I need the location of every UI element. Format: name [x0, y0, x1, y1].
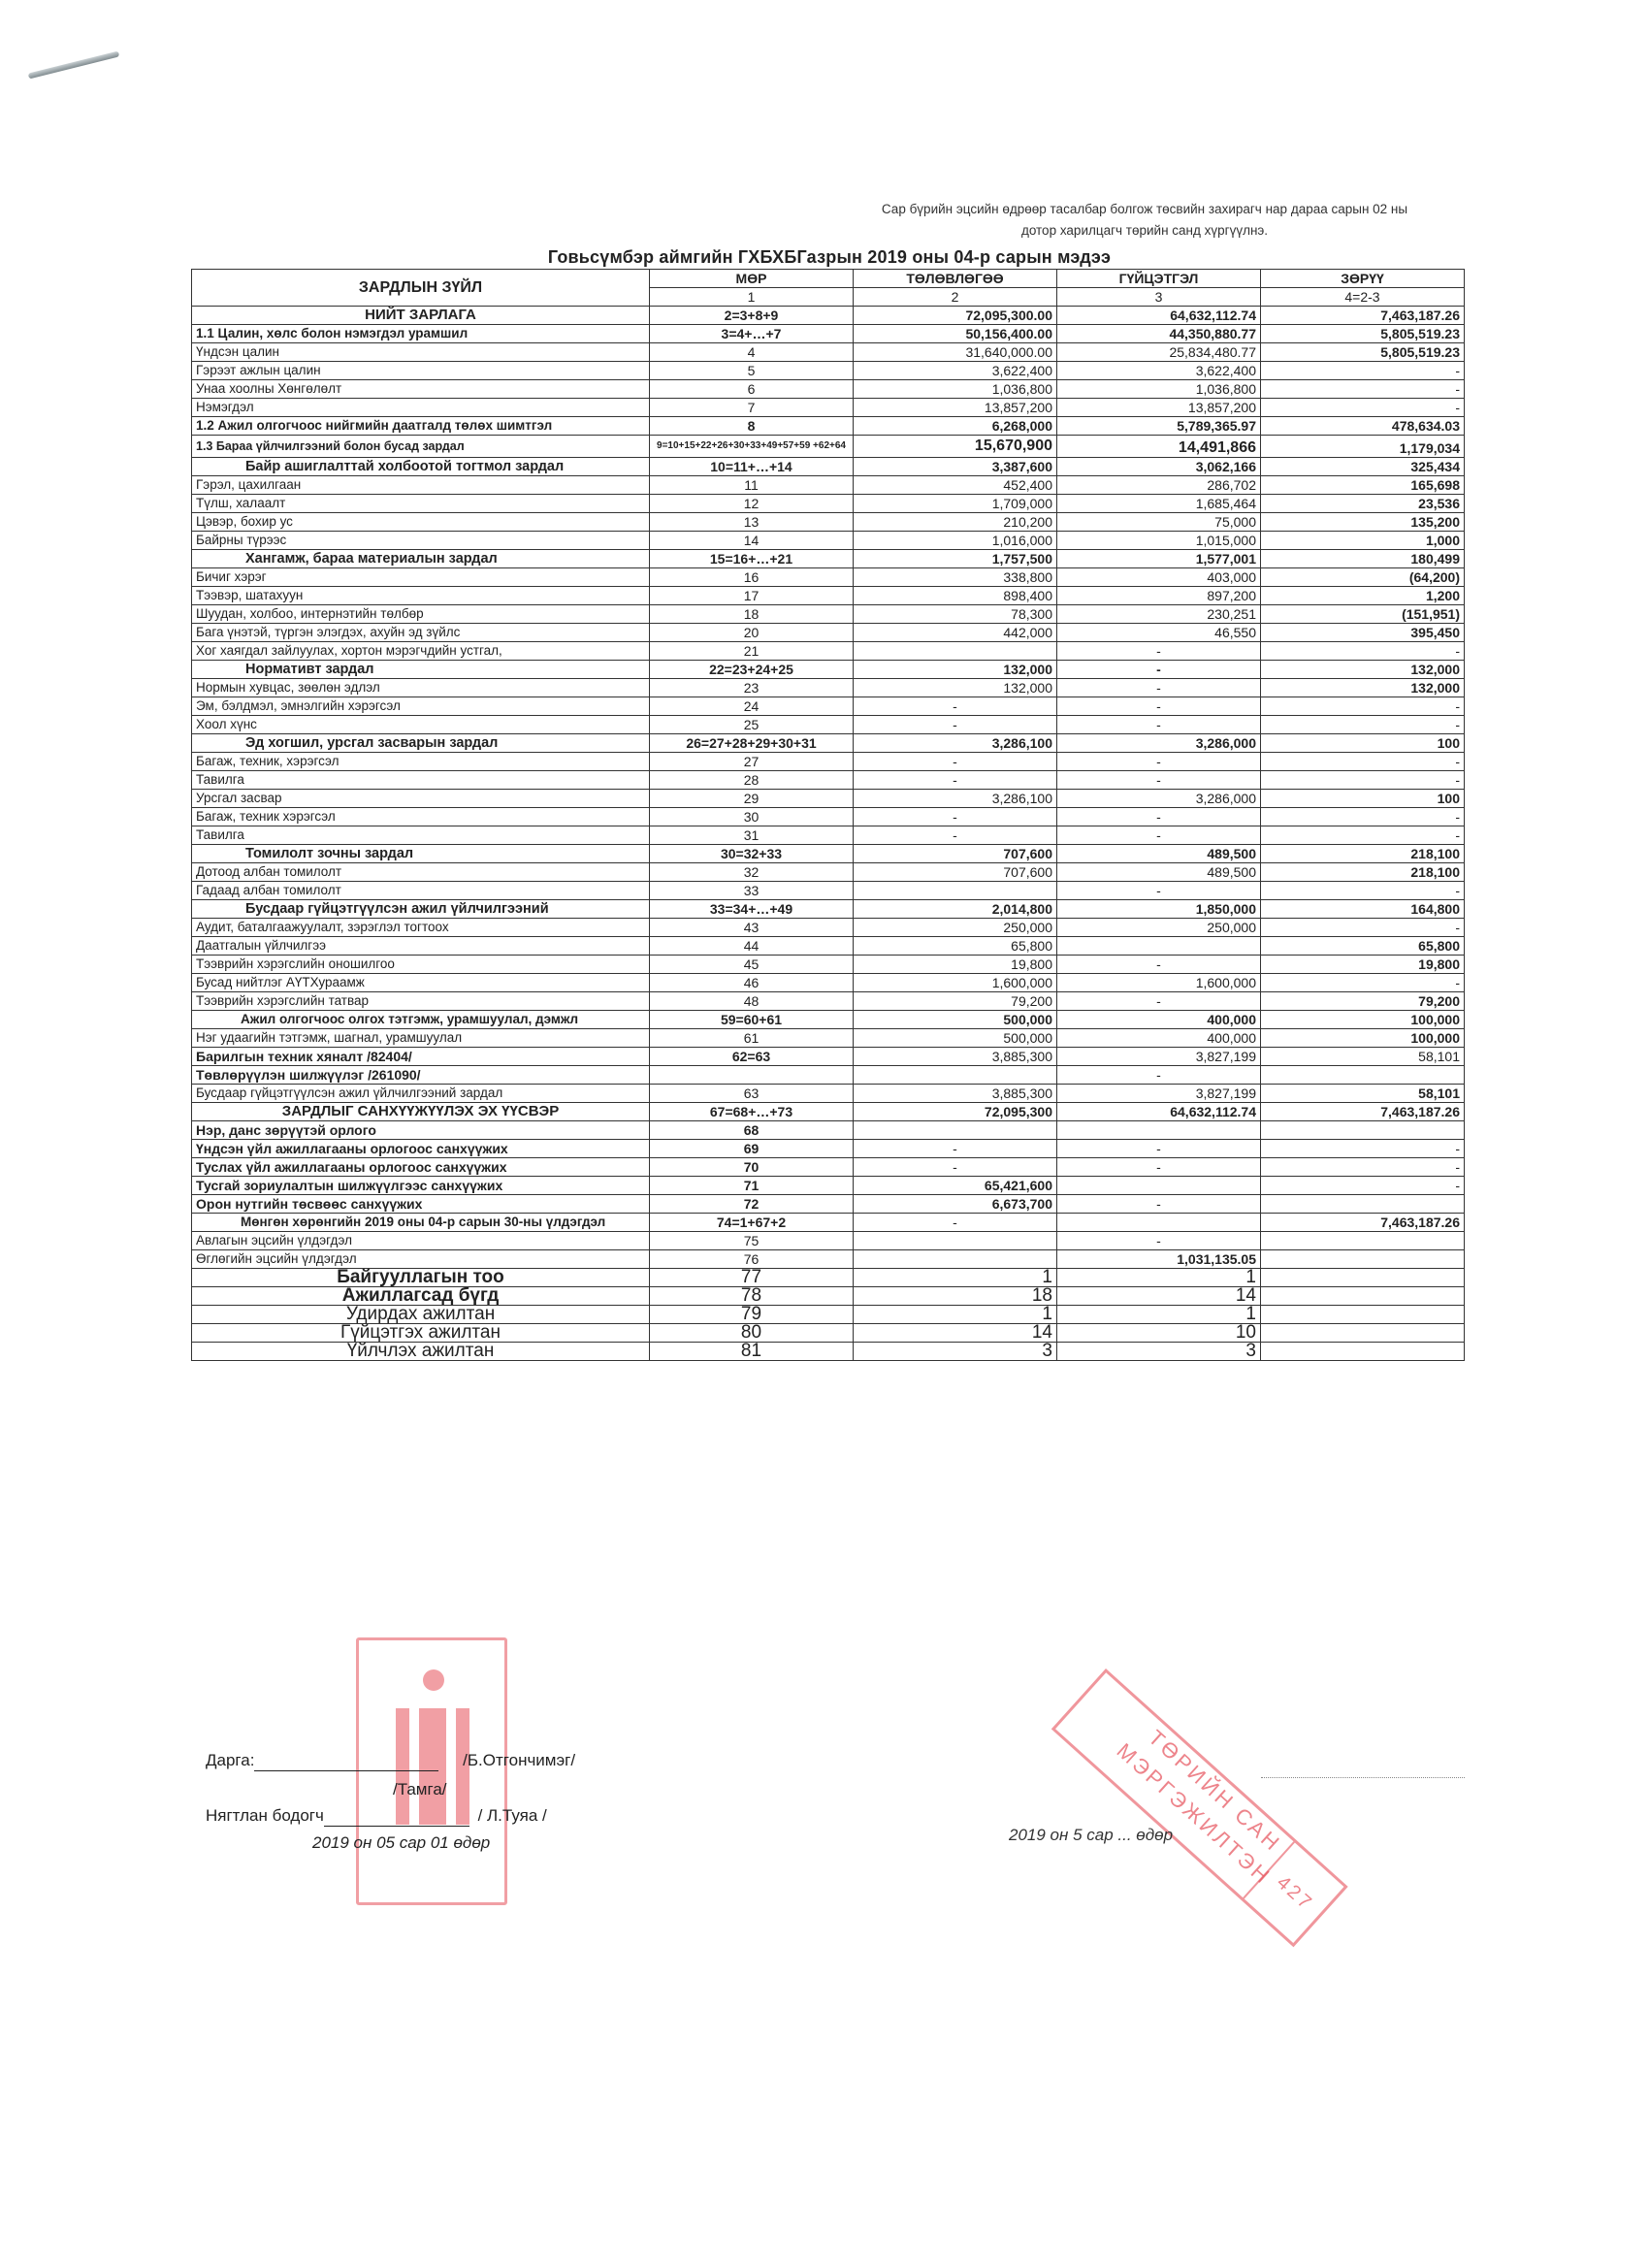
expense-report-table: ЗАРДЛЫН ЗҮЙЛ МӨР ТӨЛӨВЛӨГӨӨ ГҮЙЦЭТГЭЛ ЗӨ…: [191, 269, 1465, 1361]
row-label: Бичиг хэрэг: [192, 568, 650, 587]
table-row: Цэвэр, бохир ус13210,20075,000135,200: [192, 513, 1465, 532]
row-label: Эд хогшил, урсгал засварын зардал: [192, 734, 650, 753]
row-label: Гадаад албан томилолт: [192, 882, 650, 900]
diff-value: -: [1261, 380, 1465, 399]
table-row: Томилолт зочны зардал30=32+33707,600489,…: [192, 845, 1465, 863]
table-row: 1.3 Бараа үйлчилгээний болон бусад зарда…: [192, 436, 1465, 458]
staff-diff: [1261, 1343, 1465, 1361]
diff-value: 1,000: [1261, 532, 1465, 550]
plan-value: 6,673,700: [854, 1195, 1057, 1214]
actual-value: 489,500: [1057, 863, 1261, 882]
row-label: Нормын хувцас, зөөлөн эдлэл: [192, 679, 650, 697]
plan-value: -: [854, 716, 1057, 734]
row-label: Нэмэгдэл: [192, 399, 650, 417]
table-row: Бага үнэтэй, түргэн элэгдэх, ахуйн эд зү…: [192, 624, 1465, 642]
staff-plan: 18: [854, 1287, 1057, 1306]
table-row: Өглөгийн эцсийн үлдэгдэл761,031,135.05: [192, 1250, 1465, 1269]
row-number: 68: [650, 1121, 854, 1140]
staff-row: Удирдах ажилтан7911: [192, 1306, 1465, 1324]
row-label: Даатгалын үйлчилгээ: [192, 937, 650, 956]
row-number: 71: [650, 1177, 854, 1195]
diff-value: 135,200: [1261, 513, 1465, 532]
actual-value: 64,632,112.74: [1057, 307, 1261, 325]
actual-value: -: [1057, 1066, 1261, 1085]
diff-value: [1261, 1121, 1465, 1140]
official-seal-stamp: [356, 1637, 507, 1905]
actual-value: [1057, 1121, 1261, 1140]
diff-value: 100: [1261, 734, 1465, 753]
row-label: Томилолт зочны зардал: [192, 845, 650, 863]
table-row: Хог хаягдал зайлуулах, хортон мэрэгчдийн…: [192, 642, 1465, 661]
table-row: Нормативт зардал22=23+24+25132,000-132,0…: [192, 661, 1465, 679]
diff-value: 180,499: [1261, 550, 1465, 568]
actual-value: 3,286,000: [1057, 790, 1261, 808]
actual-value: 400,000: [1057, 1011, 1261, 1029]
row-number: 15=16+…+21: [650, 550, 854, 568]
plan-value: -: [854, 697, 1057, 716]
report-date: 2019 он 05 сар 01 өдөр: [312, 1833, 490, 1853]
row-number: 67=68+…+73: [650, 1103, 854, 1121]
actual-value: 250,000: [1057, 919, 1261, 937]
row-number: 30=32+33: [650, 845, 854, 863]
row-label: Бусдаар гүйцэтгүүлсэн ажил үйлчилгээний …: [192, 1085, 650, 1103]
staff-row-number: 80: [650, 1324, 854, 1343]
row-number: 12: [650, 495, 854, 513]
row-number: 23: [650, 679, 854, 697]
actual-value: [1057, 1214, 1261, 1232]
plan-value: 31,640,000.00: [854, 343, 1057, 362]
diff-value: [1261, 1232, 1465, 1250]
plan-value: 210,200: [854, 513, 1057, 532]
director-label: Дарга:: [206, 1751, 254, 1769]
row-number: 70: [650, 1158, 854, 1177]
row-label: Тээврийн хэрэгслийн оношилгоо: [192, 956, 650, 974]
row-number: 2=3+8+9: [650, 307, 854, 325]
row-number: 7: [650, 399, 854, 417]
actual-value: -: [1057, 753, 1261, 771]
diff-value: [1261, 1066, 1465, 1085]
row-number: 59=60+61: [650, 1011, 854, 1029]
row-label: Унаа хоолны Хөнгөлөлт: [192, 380, 650, 399]
actual-value: 3,827,199: [1057, 1048, 1261, 1066]
row-label: 1.1 Цалин, хөлс болон нэмэгдэл урамшил: [192, 325, 650, 343]
plan-value: 132,000: [854, 661, 1057, 679]
table-row: Эд хогшил, урсгал засварын зардал26=27+2…: [192, 734, 1465, 753]
table-row: Дотоод албан томилолт32707,600489,500218…: [192, 863, 1465, 882]
diff-value: 218,100: [1261, 863, 1465, 882]
accountant-label: Нягтлан бодогч: [206, 1806, 324, 1825]
accountant-name: / Л.Туяа /: [478, 1806, 547, 1825]
plan-value: 50,156,400.00: [854, 325, 1057, 343]
plan-value: 338,800: [854, 568, 1057, 587]
row-label: Мөнгөн хөрөнгийн 2019 оны 04-р сарын 30-…: [192, 1214, 650, 1232]
row-label: 1.3 Бараа үйлчилгээний болон бусад зарда…: [192, 436, 650, 458]
diff-value: 65,800: [1261, 937, 1465, 956]
diff-value: 395,450: [1261, 624, 1465, 642]
treasury-stamp: ТӨРИЙН САН МЭРГЭЖИЛТЭН 427: [1051, 1669, 1348, 1947]
actual-value: 46,550: [1057, 624, 1261, 642]
actual-value: 286,702: [1057, 476, 1261, 495]
diff-value: 165,698: [1261, 476, 1465, 495]
actual-value: 3,286,000: [1057, 734, 1261, 753]
row-label: Байр ашиглалттай холбоотой тогтмол зарда…: [192, 458, 650, 476]
plan-value: 1,036,800: [854, 380, 1057, 399]
plan-value: 707,600: [854, 845, 1057, 863]
plan-value: -: [854, 826, 1057, 845]
diff-value: [1261, 1250, 1465, 1269]
table-row: Тавилга31---: [192, 826, 1465, 845]
actual-value: -: [1057, 1158, 1261, 1177]
table-row: 1.2 Ажил олгогчоос нийгмийн даатгалд төл…: [192, 417, 1465, 436]
table-row: Нэр, данс зөрүүтэй орлого68: [192, 1121, 1465, 1140]
col-header-actual: ГҮЙЦЭТГЭЛ: [1057, 270, 1261, 288]
table-row: Төвлөрүүлэн шилжүүлэг /261090/-: [192, 1066, 1465, 1085]
plan-value: 65,800: [854, 937, 1057, 956]
actual-value: 13,857,200: [1057, 399, 1261, 417]
diff-value: -: [1261, 1177, 1465, 1195]
staff-diff: [1261, 1287, 1465, 1306]
table-row: Бусад нийтлэг АҮТХураамж461,600,0001,600…: [192, 974, 1465, 992]
diff-value: (64,200): [1261, 568, 1465, 587]
table-row: Авлагын эцсийн үлдэгдэл75-: [192, 1232, 1465, 1250]
director-signature-field: [254, 1751, 438, 1771]
header-row: ЗАРДЛЫН ЗҮЙЛ МӨР ТӨЛӨВЛӨГӨӨ ГҮЙЦЭТГЭЛ ЗӨ…: [192, 270, 1465, 288]
row-label: Хог хаягдал зайлуулах, хортон мэрэгчдийн…: [192, 642, 650, 661]
table-row: Мөнгөн хөрөнгийн 2019 оны 04-р сарын 30-…: [192, 1214, 1465, 1232]
row-number: 30: [650, 808, 854, 826]
staff-actual: 1: [1057, 1269, 1261, 1287]
table-row: Гадаад албан томилолт33--: [192, 882, 1465, 900]
row-number: 16: [650, 568, 854, 587]
row-number: 11: [650, 476, 854, 495]
row-label: Нэг удаагийн тэтгэмж, шагнал, урамшуулал: [192, 1029, 650, 1048]
row-number: 75: [650, 1232, 854, 1250]
row-label: Дотоод албан томилолт: [192, 863, 650, 882]
diff-value: 19,800: [1261, 956, 1465, 974]
diff-value: -: [1261, 974, 1465, 992]
table-row: Нэмэгдэл713,857,20013,857,200-: [192, 399, 1465, 417]
table-row: Байр ашиглалттай холбоотой тогтмол зарда…: [192, 458, 1465, 476]
plan-value: 3,286,100: [854, 734, 1057, 753]
diff-value: -: [1261, 716, 1465, 734]
table-row: Гэрээт ажлын цалин53,622,4003,622,400-: [192, 362, 1465, 380]
row-label: Бага үнэтэй, түргэн элэгдэх, ахуйн эд зү…: [192, 624, 650, 642]
plan-value: 132,000: [854, 679, 1057, 697]
staff-actual: 1: [1057, 1306, 1261, 1324]
staff-row-number: 77: [650, 1269, 854, 1287]
table-row: Даатгалын үйлчилгээ4465,80065,800: [192, 937, 1465, 956]
table-row: Хоол хүнс25---: [192, 716, 1465, 734]
row-number: 76: [650, 1250, 854, 1269]
staff-label: Гүйцэтгэх ажилтан: [192, 1324, 650, 1343]
actual-value: 3,622,400: [1057, 362, 1261, 380]
header-note-line: Сар бүрийн эцсийн өдрөөр тасалбар болгож…: [854, 199, 1436, 220]
row-number: 31: [650, 826, 854, 845]
row-label: Туслах үйл ажиллагааны орлогоос санхүүжи…: [192, 1158, 650, 1177]
plan-value: [854, 1250, 1057, 1269]
table-row: Гэрэл, цахилгаан11452,400286,702165,698: [192, 476, 1465, 495]
plan-value: 1,757,500: [854, 550, 1057, 568]
actual-value: -: [1057, 642, 1261, 661]
plan-value: 500,000: [854, 1011, 1057, 1029]
report-title: Говьсүмбэр аймгийн ГХБХБГазрын 2019 оны …: [194, 247, 1465, 268]
row-number: [650, 1066, 854, 1085]
row-label: Бусад нийтлэг АҮТХураамж: [192, 974, 650, 992]
row-number: 43: [650, 919, 854, 937]
row-label: Гэрээт ажлын цалин: [192, 362, 650, 380]
plan-value: 3,885,300: [854, 1048, 1057, 1066]
staple-mark: [28, 50, 120, 79]
diff-value: -: [1261, 826, 1465, 845]
staff-label: Удирдах ажилтан: [192, 1306, 650, 1324]
staff-row-number: 78: [650, 1287, 854, 1306]
plan-value: 442,000: [854, 624, 1057, 642]
staff-diff: [1261, 1324, 1465, 1343]
received-date: 2019 он 5 сар ... өдөр: [1009, 1826, 1173, 1845]
row-number: 46: [650, 974, 854, 992]
actual-value: 5,789,365.97: [1057, 417, 1261, 436]
staff-row: Байгууллагын тоо7711: [192, 1269, 1465, 1287]
row-number: 72: [650, 1195, 854, 1214]
row-label: ЗАРДЛЫГ САНХҮҮЖҮҮЛЭХ ЭХ ҮҮСВЭР: [192, 1103, 650, 1121]
table-row: Багаж, техник хэрэгсэл30---: [192, 808, 1465, 826]
actual-value: 25,834,480.77: [1057, 343, 1261, 362]
actual-value: -: [1057, 826, 1261, 845]
row-label: Тавилга: [192, 826, 650, 845]
plan-value: 250,000: [854, 919, 1057, 937]
row-label: Аудит, баталгаажуулалт, зэрэглэл тогтоох: [192, 919, 650, 937]
table-row: Тээвэр, шатахуун17898,400897,2001,200: [192, 587, 1465, 605]
row-label: Тээврийн хэрэгслийн татвар: [192, 992, 650, 1011]
table-row: Тусгай зориулалтын шилжүүлгээс санхүүжих…: [192, 1177, 1465, 1195]
actual-value: -: [1057, 679, 1261, 697]
table-row: Багаж, техник, хэрэгсэл27---: [192, 753, 1465, 771]
table-row: Нэг удаагийн тэтгэмж, шагнал, урамшуулал…: [192, 1029, 1465, 1048]
row-number: 10=11+…+14: [650, 458, 854, 476]
row-number: 25: [650, 716, 854, 734]
row-label: Багаж, техник, хэрэгсэл: [192, 753, 650, 771]
diff-value: (151,951): [1261, 605, 1465, 624]
plan-value: -: [854, 808, 1057, 826]
col-index-row: 1: [650, 288, 854, 307]
row-label: Хоол хүнс: [192, 716, 650, 734]
row-label: Гэрэл, цахилгаан: [192, 476, 650, 495]
table-row: Хангамж, бараа материалын зардал15=16+…+…: [192, 550, 1465, 568]
row-number: 69: [650, 1140, 854, 1158]
actual-value: [1057, 937, 1261, 956]
diff-value: 1,200: [1261, 587, 1465, 605]
col-header-row: МӨР: [650, 270, 854, 288]
actual-value: 75,000: [1057, 513, 1261, 532]
staff-label: Ажиллагсад бүгд: [192, 1287, 650, 1306]
col-header-plan: ТӨЛӨВЛӨГӨӨ: [854, 270, 1057, 288]
row-label: Цэвэр, бохир ус: [192, 513, 650, 532]
row-number: 6: [650, 380, 854, 399]
table-row: Тээврийн хэрэгслийн оношилгоо4519,800-19…: [192, 956, 1465, 974]
actual-value: 1,036,800: [1057, 380, 1261, 399]
plan-value: 6,268,000: [854, 417, 1057, 436]
diff-value: 58,101: [1261, 1048, 1465, 1066]
diff-value: -: [1261, 697, 1465, 716]
plan-value: -: [854, 771, 1057, 790]
row-number: 13: [650, 513, 854, 532]
staff-actual: 10: [1057, 1324, 1261, 1343]
accountant-signature-line: Нягтлан бодогч / Л.Туяа /: [206, 1806, 547, 1827]
plan-value: 452,400: [854, 476, 1057, 495]
staff-row-number: 81: [650, 1343, 854, 1361]
diff-value: 218,100: [1261, 845, 1465, 863]
row-number: 5: [650, 362, 854, 380]
actual-value: 3,062,166: [1057, 458, 1261, 476]
row-label: Орон нутгийн төсвөөс санхүүжих: [192, 1195, 650, 1214]
row-number: 61: [650, 1029, 854, 1048]
table-row: Аудит, баталгаажуулалт, зэрэглэл тогтоох…: [192, 919, 1465, 937]
row-label: Ажил олгогчоос олгох тэтгэмж, урамшуулал…: [192, 1011, 650, 1029]
plan-value: 707,600: [854, 863, 1057, 882]
row-number: 3=4+…+7: [650, 325, 854, 343]
diff-value: 325,434: [1261, 458, 1465, 476]
plan-value: 72,095,300.00: [854, 307, 1057, 325]
plan-value: 19,800: [854, 956, 1057, 974]
row-number: 48: [650, 992, 854, 1011]
diff-value: 5,805,519.23: [1261, 343, 1465, 362]
actual-value: -: [1057, 771, 1261, 790]
row-number: 44: [650, 937, 854, 956]
staff-actual: 14: [1057, 1287, 1261, 1306]
table-row: Барилгын техник хяналт /82404/62=633,885…: [192, 1048, 1465, 1066]
actual-value: -: [1057, 1232, 1261, 1250]
table-row: Орон нутгийн төсвөөс санхүүжих726,673,70…: [192, 1195, 1465, 1214]
actual-value: -: [1057, 808, 1261, 826]
row-number: 45: [650, 956, 854, 974]
table-row: Үндсэн үйл ажиллагааны орлогоос санхүүжи…: [192, 1140, 1465, 1158]
table-row: Үндсэн цалин431,640,000.0025,834,480.775…: [192, 343, 1465, 362]
row-number: 63: [650, 1085, 854, 1103]
diff-value: -: [1261, 642, 1465, 661]
row-number: 27: [650, 753, 854, 771]
row-label: Багаж, техник хэрэгсэл: [192, 808, 650, 826]
row-label: Төвлөрүүлэн шилжүүлэг /261090/: [192, 1066, 650, 1085]
actual-value: -: [1057, 1195, 1261, 1214]
table-row: Байрны түрээс141,016,0001,015,0001,000: [192, 532, 1465, 550]
diff-value: -: [1261, 919, 1465, 937]
table-row: Шуудан, холбоо, интернэтийн төлбөр1878,3…: [192, 605, 1465, 624]
row-label: Шуудан, холбоо, интернэтийн төлбөр: [192, 605, 650, 624]
row-number: 33: [650, 882, 854, 900]
plan-value: [854, 1232, 1057, 1250]
plan-value: [854, 1066, 1057, 1085]
row-number: 26=27+28+29+30+31: [650, 734, 854, 753]
row-label: Авлагын эцсийн үлдэгдэл: [192, 1232, 650, 1250]
actual-value: 14,491,866: [1057, 436, 1261, 458]
staff-diff: [1261, 1306, 1465, 1324]
plan-value: [854, 642, 1057, 661]
row-number: 29: [650, 790, 854, 808]
row-label: Бусдаар гүйцэтгүүлсэн ажил үйлчилгээний: [192, 900, 650, 919]
table-row: Тээврийн хэрэгслийн татвар4879,200-79,20…: [192, 992, 1465, 1011]
plan-value: 500,000: [854, 1029, 1057, 1048]
diff-value: -: [1261, 753, 1465, 771]
diff-value: 478,634.03: [1261, 417, 1465, 436]
table-row: ЗАРДЛЫГ САНХҮҮЖҮҮЛЭХ ЭХ ҮҮСВЭР67=68+…+73…: [192, 1103, 1465, 1121]
row-number: 24: [650, 697, 854, 716]
table-row: Унаа хоолны Хөнгөлөлт61,036,8001,036,800…: [192, 380, 1465, 399]
plan-value: 72,095,300: [854, 1103, 1057, 1121]
row-label: Өглөгийн эцсийн үлдэгдэл: [192, 1250, 650, 1269]
diff-value: 164,800: [1261, 900, 1465, 919]
diff-value: 100,000: [1261, 1011, 1465, 1029]
director-signature-line: Дарга: /Б.Отгончимэг/: [206, 1751, 575, 1771]
table-row: Эм, бэлдмэл, эмнэлгийн хэрэгсэл24---: [192, 697, 1465, 716]
plan-value: 65,421,600: [854, 1177, 1057, 1195]
plan-value: 3,387,600: [854, 458, 1057, 476]
plan-value: 3,622,400: [854, 362, 1057, 380]
staff-plan: 14: [854, 1324, 1057, 1343]
plan-value: 3,286,100: [854, 790, 1057, 808]
diff-value: 5,805,519.23: [1261, 325, 1465, 343]
plan-value: 15,670,900: [854, 436, 1057, 458]
actual-value: 1,015,000: [1057, 532, 1261, 550]
actual-value: 897,200: [1057, 587, 1261, 605]
staff-diff: [1261, 1269, 1465, 1287]
plan-value: 898,400: [854, 587, 1057, 605]
plan-value: -: [854, 753, 1057, 771]
director-name: /Б.Отгончимэг/: [463, 1751, 575, 1769]
plan-value: [854, 882, 1057, 900]
diff-value: -: [1261, 1158, 1465, 1177]
col-index-diff: 4=2-3: [1261, 288, 1465, 307]
row-label: Үндсэн цалин: [192, 343, 650, 362]
row-label: Байрны түрээс: [192, 532, 650, 550]
actual-value: 230,251: [1057, 605, 1261, 624]
actual-value: 489,500: [1057, 845, 1261, 863]
row-label: Нэр, данс зөрүүтэй орлого: [192, 1121, 650, 1140]
diff-value: 58,101: [1261, 1085, 1465, 1103]
staff-actual: 3: [1057, 1343, 1261, 1361]
plan-value: 13,857,200: [854, 399, 1057, 417]
staff-plan: 1: [854, 1306, 1057, 1324]
row-number: 74=1+67+2: [650, 1214, 854, 1232]
actual-value: -: [1057, 697, 1261, 716]
row-label: Тээвэр, шатахуун: [192, 587, 650, 605]
diff-value: [1261, 1195, 1465, 1214]
actual-value: 1,685,464: [1057, 495, 1261, 513]
row-number: 17: [650, 587, 854, 605]
diff-value: 132,000: [1261, 661, 1465, 679]
diff-value: 7,463,187.26: [1261, 1214, 1465, 1232]
table-row: Бусдаар гүйцэтгүүлсэн ажил үйлчилгээний …: [192, 1085, 1465, 1103]
row-number: 20: [650, 624, 854, 642]
plan-value: 78,300: [854, 605, 1057, 624]
receiver-signature-line: [1261, 1777, 1465, 1778]
actual-value: 3,827,199: [1057, 1085, 1261, 1103]
plan-value: 3,885,300: [854, 1085, 1057, 1103]
row-number: 8: [650, 417, 854, 436]
col-header-diff: ЗӨРҮҮ: [1261, 270, 1465, 288]
plan-value: 79,200: [854, 992, 1057, 1011]
actual-value: 1,850,000: [1057, 900, 1261, 919]
table-row: Туслах үйл ажиллагааны орлогоос санхүүжи…: [192, 1158, 1465, 1177]
row-label: Хангамж, бараа материалын зардал: [192, 550, 650, 568]
plan-value: 1,016,000: [854, 532, 1057, 550]
plan-value: -: [854, 1140, 1057, 1158]
row-number: 32: [650, 863, 854, 882]
diff-value: 23,536: [1261, 495, 1465, 513]
actual-value: 403,000: [1057, 568, 1261, 587]
row-number: 22=23+24+25: [650, 661, 854, 679]
actual-value: 400,000: [1057, 1029, 1261, 1048]
col-index-plan: 2: [854, 288, 1057, 307]
